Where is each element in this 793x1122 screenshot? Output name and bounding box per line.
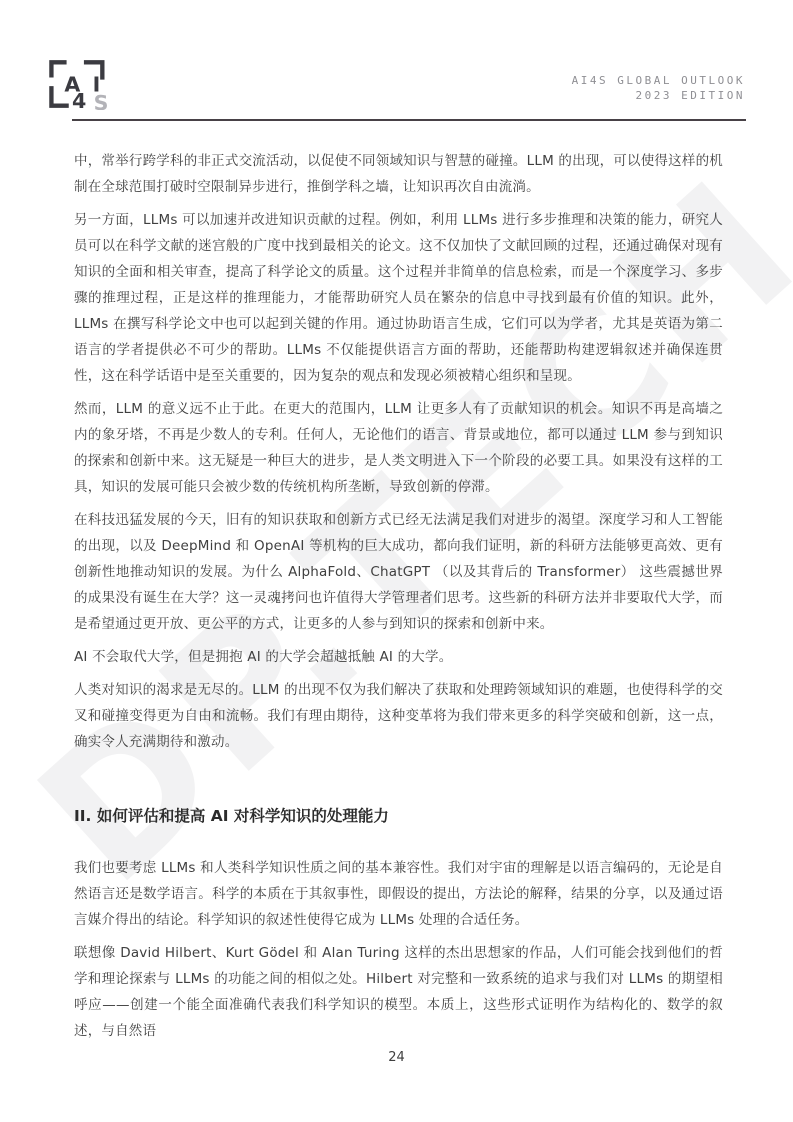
ai4s-logo-icon: A I 4 S [47,58,123,114]
paragraph: 人类对知识的渴求是无尽的。LLM 的出现不仅为我们解决了获取和处理跨领域知识的难… [74,677,723,755]
logo-letter-4: 4 [72,89,86,110]
masthead-line-1: AI4S GLOBAL OUTLOOK [572,73,745,88]
paragraph: 然而，LLM 的意义远不止于此。在更大的范围内，LLM 让更多人有了贡献知识的机… [74,396,723,500]
paragraph: 我们也要考虑 LLMs 和人类科学知识性质之间的基本兼容性。我们对宇宙的理解是以… [74,855,723,933]
logo-letter-s: S [94,91,109,110]
header-divider [72,119,746,121]
masthead: AI4S GLOBAL OUTLOOK 2023 EDITION [572,73,745,103]
paragraph: 中，常举行跨学科的非正式交流活动，以促使不同领域知识与智慧的碰撞。LLM 的出现… [74,148,723,200]
paragraph: 在科技迅猛发展的今天，旧有的知识获取和创新方式已经无法满足我们对进步的渴望。深度… [74,507,723,637]
paragraph: 联想像 David Hilbert、Kurt Gödel 和 Alan Turi… [74,940,723,1044]
document-page: DP.TECH A I 4 S AI4S GLOBAL OUTLOOK 2023… [0,0,793,1122]
paragraph: AI 不会取代大学，但是拥抱 AI 的大学会超越抵触 AI 的大学。 [74,644,723,670]
paragraph: 另一方面，LLMs 可以加速并改进知识贡献的过程。例如，利用 LLMs 进行多步… [74,207,723,389]
masthead-line-2: 2023 EDITION [572,88,745,103]
page-number: 24 [0,1050,793,1065]
section-heading: II. 如何评估和提高 AI 对科学知识的处理能力 [74,801,723,831]
document-body: 中，常举行跨学科的非正式交流活动，以促使不同领域知识与智慧的碰撞。LLM 的出现… [74,148,723,1051]
